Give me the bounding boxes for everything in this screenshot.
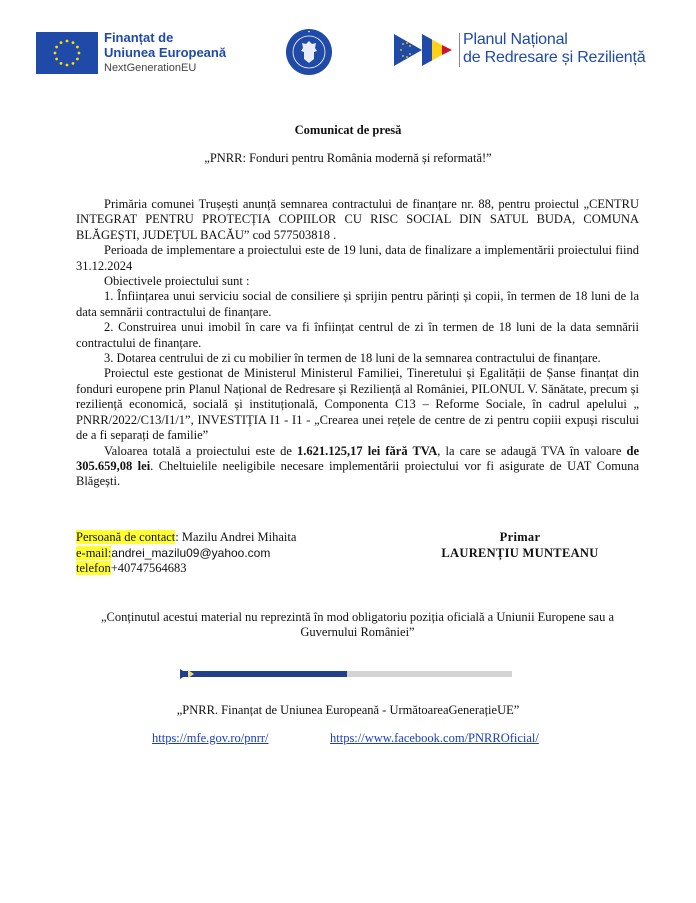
page-title: Comunicat de presă xyxy=(0,123,696,138)
contact-person-value: : Mazilu Andrei Mihaita xyxy=(175,530,296,544)
contact-email: e-mail:andrei_mazilu09@yahoo.com xyxy=(76,546,296,562)
contact-phone-value: +40747564683 xyxy=(111,561,187,575)
contact-phone: telefon+40747564683 xyxy=(76,561,296,577)
document-body: Primăria comunei Trușești anunță semnare… xyxy=(76,197,639,490)
contact-block: Persoană de contact: Mazilu Andrei Mihai… xyxy=(76,530,296,577)
eu-funding-label: Finanțat de Uniunea Europeană NextGenera… xyxy=(104,30,226,76)
footer-progress-fill xyxy=(182,671,347,677)
eu-label-line3: NextGenerationEU xyxy=(104,60,226,76)
pnrr-label-line2: de Redresare și Reziliență xyxy=(463,49,645,67)
contact-email-label: e-mail: xyxy=(76,546,111,560)
page-subtitle: „PNRR: Fonduri pentru România modernă și… xyxy=(0,151,696,166)
paragraph-period: Perioada de implementare a proiectului e… xyxy=(76,243,639,274)
link-facebook-pnrr[interactable]: https://www.facebook.com/PNRROficial/ xyxy=(330,731,539,746)
signature-role: Primar xyxy=(430,530,610,546)
paragraph-objectives-heading: Obiectivele proiectului sunt : xyxy=(76,274,639,289)
pnrr-mini-arrow-icon xyxy=(180,669,198,679)
footer-progress-bar xyxy=(182,671,512,677)
contact-email-value[interactable]: andrei_mazilu09@yahoo.com xyxy=(111,546,270,560)
paragraph-value: Valoarea totală a proiectului este de 1.… xyxy=(76,444,639,490)
objective-1: 1. Înființarea unui serviciu social de c… xyxy=(76,289,639,320)
value-text-mid: , la care se adaugă TVA în valoare xyxy=(437,444,626,458)
eu-label-line2: Uniunea Europeană xyxy=(104,45,226,60)
logo-divider xyxy=(459,33,460,67)
footer-slogan: „PNRR. Finanțat de Uniunea Europeană - U… xyxy=(0,703,696,718)
header: Finanțat de Uniunea Europeană NextGenera… xyxy=(0,0,696,100)
contact-person-label: Persoană de contact xyxy=(76,530,175,544)
signature-name: LAURENȚIU MUNTEANU xyxy=(430,546,610,562)
objective-3: 3. Dotarea centrului de zi cu mobilier î… xyxy=(76,351,639,366)
value-text-pre: Valoarea totală a proiectului este de xyxy=(104,444,297,458)
link-mfe-pnrr[interactable]: https://mfe.gov.ro/pnrr/ xyxy=(152,731,269,746)
eu-label-line1: Finanțat de xyxy=(104,30,226,45)
paragraph-intro: Primăria comunei Trușești anunță semnare… xyxy=(76,197,639,243)
objective-2: 2. Construirea unui imobil în care va fi… xyxy=(76,320,639,351)
contact-person: Persoană de contact: Mazilu Andrei Mihai… xyxy=(76,530,296,546)
paragraph-management: Proiectul este gestionat de Ministerul M… xyxy=(76,366,639,443)
contact-phone-label: telefon xyxy=(76,561,111,575)
pnrr-arrows-icon xyxy=(394,32,460,68)
pnrr-label-line1: Planul Național xyxy=(463,31,645,49)
eu-flag-icon xyxy=(36,32,98,74)
guvernul-romaniei-seal-icon xyxy=(285,28,333,76)
signature-block: Primar LAURENȚIU MUNTEANU xyxy=(430,530,610,561)
value-text-post: . Cheltuielile neeligibile necesare impl… xyxy=(76,459,639,488)
pnrr-label: Planul Național de Redresare și Rezilien… xyxy=(463,31,645,67)
disclaimer: „Conținutul acestui material nu reprezin… xyxy=(76,610,639,641)
project-value: 1.621.125,17 lei fără TVA xyxy=(297,444,437,458)
